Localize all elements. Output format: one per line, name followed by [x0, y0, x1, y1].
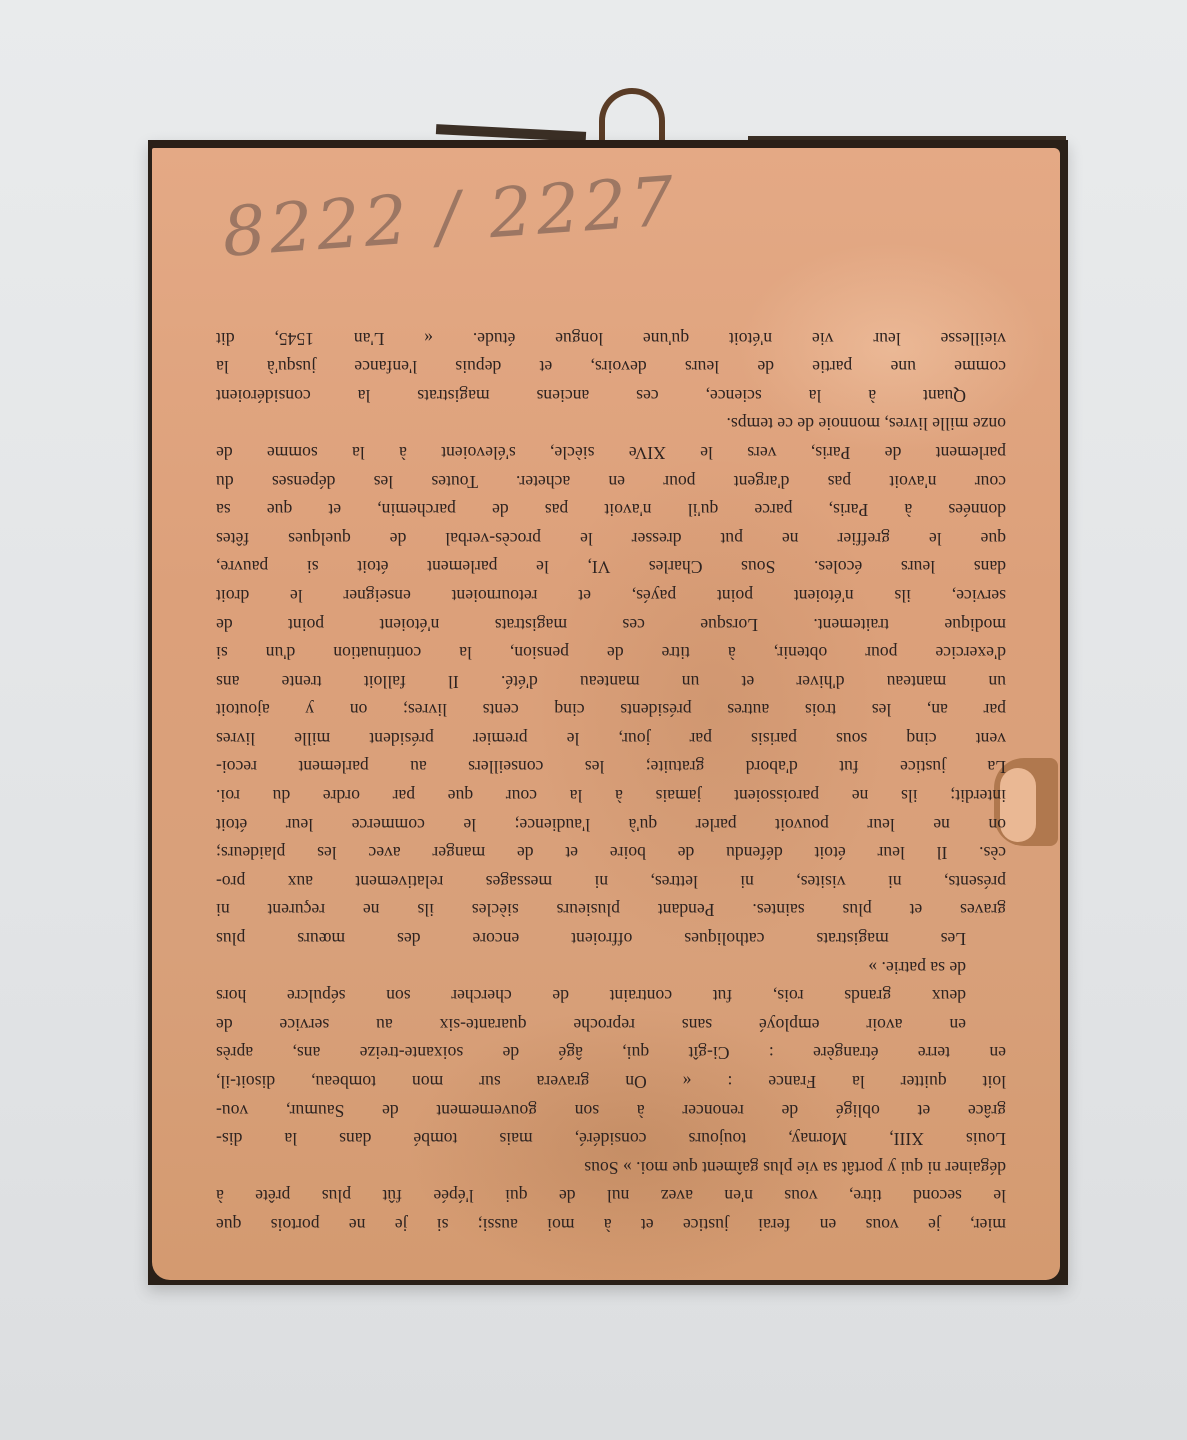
text-line: dégainer ni qui y portât sa vie plus gaî…: [216, 1153, 1006, 1182]
text-line: loit quitter la France : « On gravera su…: [216, 1067, 1006, 1096]
text-line: présents, ni visites, ni lettres, ni mes…: [216, 867, 1006, 896]
text-line: cour n'avoit pas d'argent pour en achete…: [216, 467, 1006, 496]
text-line: grâce et obligé de renoncer à son gouver…: [216, 1096, 1006, 1125]
text-line: Quant à la science, ces anciens magistra…: [216, 381, 1006, 410]
text-line: vent cinq sous parisis par jour, le prem…: [216, 724, 1006, 753]
text-line: cès. Il leur étoit défendu de boire et d…: [216, 839, 1006, 868]
text-line: interdit; ils ne paroissoient jamais à l…: [216, 782, 1006, 811]
text-line: en avoir employé sans reproche quarante-…: [216, 1010, 1006, 1039]
text-line: service, ils n'étoient point payés, et r…: [216, 581, 1006, 610]
text-line: par an, les trois autres présidents cinq…: [216, 696, 1006, 725]
text-line: onze mille livres, monnoie de ce temps.: [216, 410, 1006, 439]
text-line: d'exercice pour obtenir, à titre de pens…: [216, 639, 1006, 668]
text-line: de sa patrie. »: [216, 953, 1006, 982]
text-line: un manteau d'hiver et un manteau d'été. …: [216, 667, 1006, 696]
text-line: graves et plus saintes. Pendant plusieur…: [216, 896, 1006, 925]
pencil-inscription: 8222 / 2227: [220, 162, 681, 273]
printed-text-upside-down: mier, je vous en ferai justice et à moi …: [216, 324, 1006, 1239]
text-line: on ne leur pouvoit parler qu'à l'audienc…: [216, 810, 1006, 839]
text-line: parlement de Paris, vers le XIVe siècle,…: [216, 438, 1006, 467]
text-line: Les magistrats catholiques offroient enc…: [216, 924, 1006, 953]
text-line: modique traitement. Lorsque ces magistra…: [216, 610, 1006, 639]
backing-paper: 8222 / 2227 mier, je vous en ferai justi…: [152, 148, 1060, 1280]
text-line: comme une partie de leurs devoirs, et de…: [216, 353, 1006, 382]
text-line: en terre étrangère : Ci-gît qui, âgé de …: [216, 1039, 1006, 1068]
text-line: données à Paris, parce qu'il n'avoit pas…: [216, 496, 1006, 525]
text-line: vieillesse leur vie n'étoit qu'une longu…: [216, 324, 1006, 353]
text-line: que le greffier ne put dresser le procès…: [216, 524, 1006, 553]
text-line: mier, je vous en ferai justice et à moi …: [216, 1210, 1006, 1239]
text-line: deux grands rois, fut contraint de cherc…: [216, 982, 1006, 1011]
text-line: La justice fut d'abord gratuite; les con…: [216, 753, 1006, 782]
text-line: Louis XIII, Mornay, toujours considéré, …: [216, 1125, 1006, 1154]
text-line: le second titre, vous n'en avez nul de q…: [216, 1182, 1006, 1211]
text-line: dans leurs écoles. Sous Charles VI, le p…: [216, 553, 1006, 582]
